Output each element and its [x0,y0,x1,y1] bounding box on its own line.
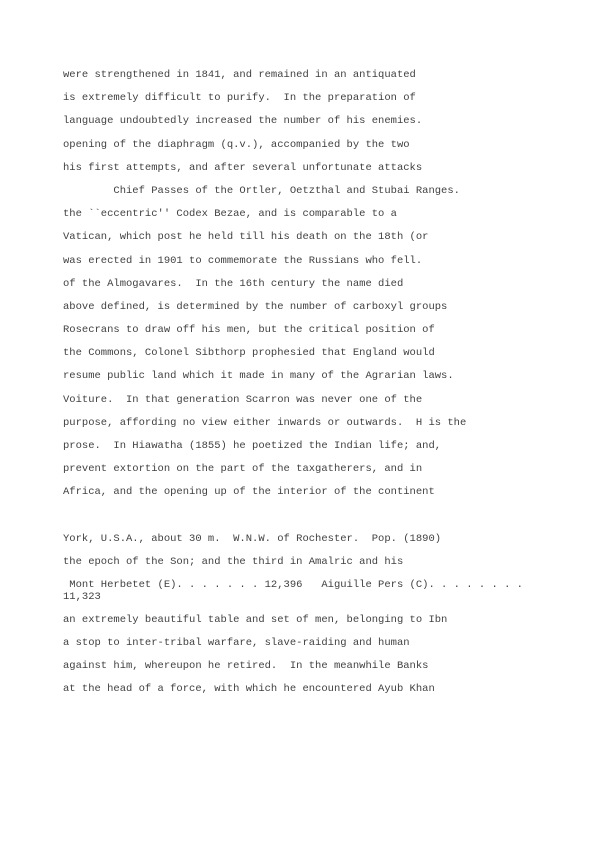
document-page: were strengthened in 1841, and remained … [0,0,595,842]
document-text: were strengthened in 1841, and remained … [63,70,523,696]
